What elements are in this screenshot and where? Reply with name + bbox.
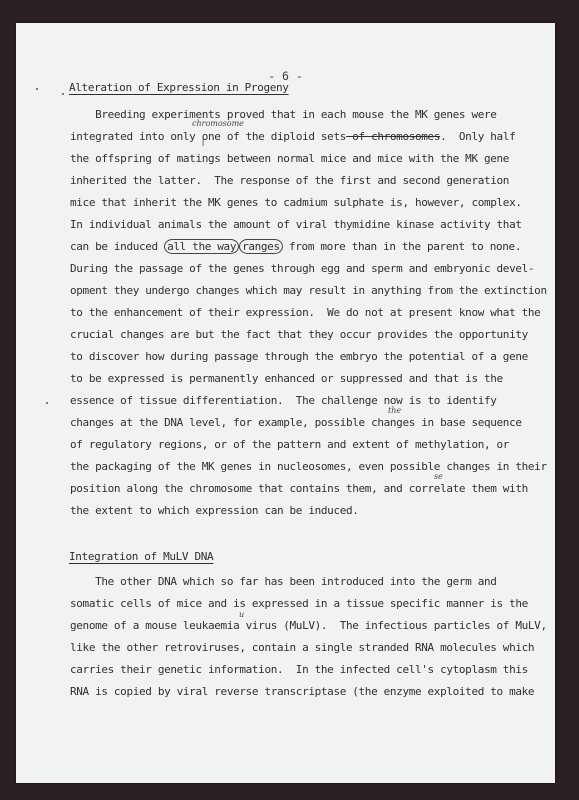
circled-text: ranges [239,239,283,254]
body-line-circled: can be induced all the wayranges from mo… [70,240,521,253]
body-line: the packaging of the MK genes in nucleos… [70,460,547,473]
body-line: changes at the DNA level, for example, p… [70,416,522,429]
handwritten-insert-the: the [388,406,401,415]
body-line: to discover how during passage through t… [70,350,528,363]
body-line: genome of a mouse leukaemia virus (MuLV)… [70,619,547,632]
body-line: to be expressed is permanently enhanced … [70,372,503,385]
body-line: the extent to which expression can be in… [70,504,359,517]
text-fragment: of the diploid sets [221,130,346,143]
document-page: - 6 - Alteration of Expression in Progen… [16,23,555,783]
body-line: carries their genetic information. In th… [70,663,528,676]
body-line: crucial changes are but the fact that th… [70,328,528,341]
body-line-edited: integrated into only one of the diploid … [70,130,515,143]
text-fragment: . Only half [440,130,515,143]
body-line: of regulatory regions, or of the pattern… [70,438,509,451]
body-line: mice that inherit the MK genes to cadmiu… [70,196,522,209]
body-line: like the other retroviruses, contain a s… [70,641,534,654]
body-line: somatic cells of mice and is expressed i… [70,597,528,610]
section-heading-integration: Integration of MuLV DNA [69,550,213,563]
struck-text: of chromosomes [346,130,440,143]
body-line: RNA is copied by viral reverse transcrip… [70,685,534,698]
text-fragment: can be induced [70,240,164,253]
body-line: inherited the latter. The response of th… [70,174,509,187]
caret-insert-mark: ⌈ [202,138,205,147]
body-line: In individual animals the amount of vira… [70,218,522,231]
body-line: opment they undergo changes which may re… [70,284,547,297]
body-line: to the enhancement of their expression. … [70,306,540,319]
paper-speck [36,88,38,90]
paper-speck [46,402,48,404]
body-line: The other DNA which so far has been intr… [70,575,497,588]
section-heading-alteration: Alteration of Expression in Progeny [69,81,289,94]
circled-text: all the way [164,239,239,254]
handwritten-insert-chromosome: chromosome [192,119,244,128]
text-fragment: from more than in the parent to none. [283,240,521,253]
text-fragment: integrated into only one [70,130,221,143]
body-line: essence of tissue differentiation. The c… [70,394,497,407]
paper-speck [62,93,64,95]
body-line: the offspring of matings between normal … [70,152,509,165]
body-line: Breeding experiments proved that in each… [70,108,497,121]
handwritten-insert-u: u [239,610,244,619]
body-line: position along the chromosome that conta… [70,482,528,495]
handwritten-insert-se: se [434,472,443,481]
body-line: During the passage of the genes through … [70,262,534,275]
